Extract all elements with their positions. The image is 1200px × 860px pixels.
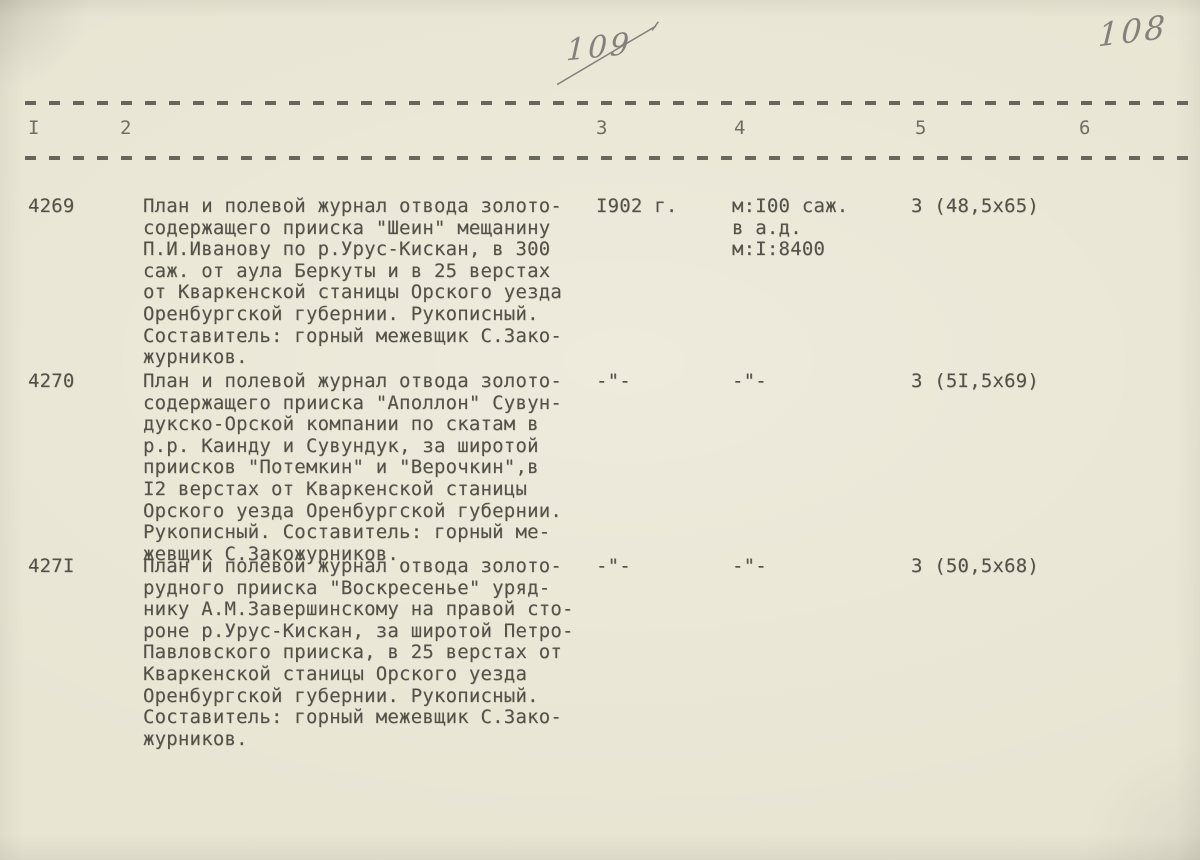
- column-header-2: 2: [120, 117, 131, 139]
- handwritten-crossed-number: 109: [566, 26, 633, 68]
- row-scale: -"-: [732, 371, 767, 393]
- row-date: -"-: [596, 556, 631, 578]
- row-sheets: 3 (5I,5х69): [911, 371, 1039, 393]
- row-sheets: 3 (50,5х68): [911, 556, 1039, 578]
- column-header-1: I: [28, 117, 39, 139]
- row-number: 427I: [28, 556, 75, 578]
- row-sheets: 3 (48,5х65): [911, 196, 1039, 218]
- handwritten-page-number: 108: [1097, 7, 1169, 54]
- column-header-6: 6: [1079, 117, 1090, 139]
- dashed-rule-top: [25, 101, 1191, 105]
- column-header-4: 4: [734, 117, 745, 139]
- crossed-number-text: 109: [566, 26, 633, 68]
- row-number: 4270: [28, 371, 75, 393]
- row-scale: м:I00 саж. в а.д. м:I:8400: [732, 196, 848, 261]
- row-date: I902 г.: [596, 196, 677, 218]
- document-page: 109 108 I 2 3 4 5 6 4269 План и полевой …: [0, 0, 1200, 860]
- row-description: План и полевой журнал отвода золото- сод…: [143, 371, 562, 565]
- row-description: План и полевой журнал отвода золото- руд…: [143, 556, 574, 750]
- row-description: План и полевой журнал отвода золото- сод…: [143, 196, 562, 369]
- column-header-5: 5: [915, 117, 926, 139]
- dashed-rule-bottom: [25, 156, 1191, 160]
- row-date: -"-: [596, 371, 631, 393]
- column-header-3: 3: [596, 117, 607, 139]
- row-scale: -"-: [732, 556, 767, 578]
- row-number: 4269: [28, 196, 75, 218]
- column-header-row: I 2 3 4 5 6: [0, 117, 1200, 141]
